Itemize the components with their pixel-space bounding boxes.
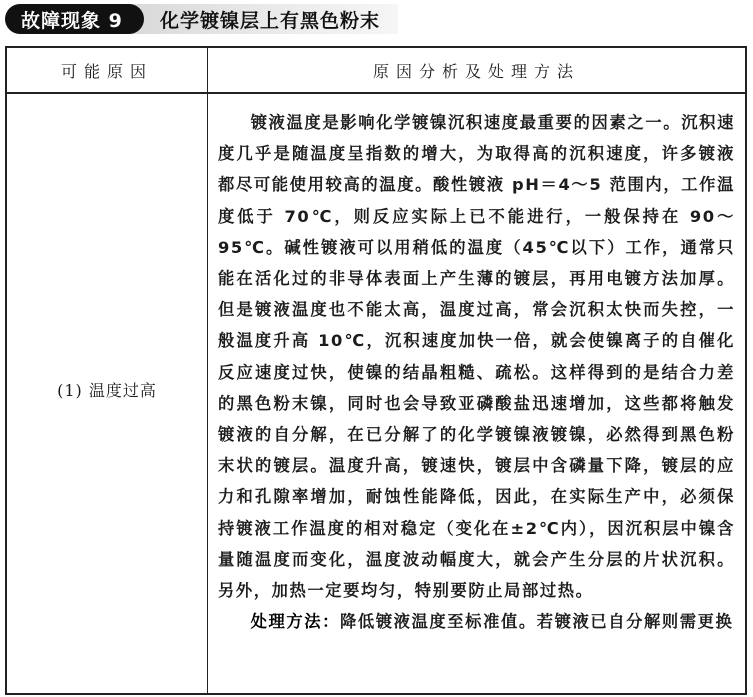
header-cause-label: 可能原因 [61,59,153,82]
cause-text: (1) 温度过高 [57,378,157,401]
header-analysis-label: 原因分析及处理方法 [373,59,580,82]
table-row: (1) 温度过高 镀液温度是影响化学镀镍沉积速度最重要的因素之一。沉积速度几乎是… [7,94,745,693]
fault-title: 化学镀镍层上有黑色粉末 [130,4,398,34]
header-cell-analysis: 原因分析及处理方法 [208,48,745,92]
fault-number-badge: 故障现象 9 [5,4,144,34]
analysis-paragraph: 镀液温度是影响化学镀镍沉积速度最重要的因素之一。沉积速度几乎是随温度呈指数的增大… [218,107,735,606]
fault-table: 可能原因 原因分析及处理方法 (1) 温度过高 镀液温度是影响化学镀镍沉积速度最… [5,46,747,695]
analysis-cell: 镀液温度是影响化学镀镍沉积速度最重要的因素之一。沉积速度几乎是随温度呈指数的增大… [208,94,745,693]
table-header-row: 可能原因 原因分析及处理方法 [7,48,745,94]
treatment-text: 降低镀液温度至标准值。若镀液已自分解则需更换 [340,612,733,631]
cause-cell: (1) 温度过高 [7,94,208,693]
header-cell-cause: 可能原因 [7,48,208,92]
treatment-paragraph: 处理方法：降低镀液温度至标准值。若镀液已自分解则需更换 [218,606,735,637]
treatment-label: 处理方法： [251,612,340,631]
section-title-bar: 故障现象 9 化学镀镍层上有黑色粉末 [5,4,398,34]
